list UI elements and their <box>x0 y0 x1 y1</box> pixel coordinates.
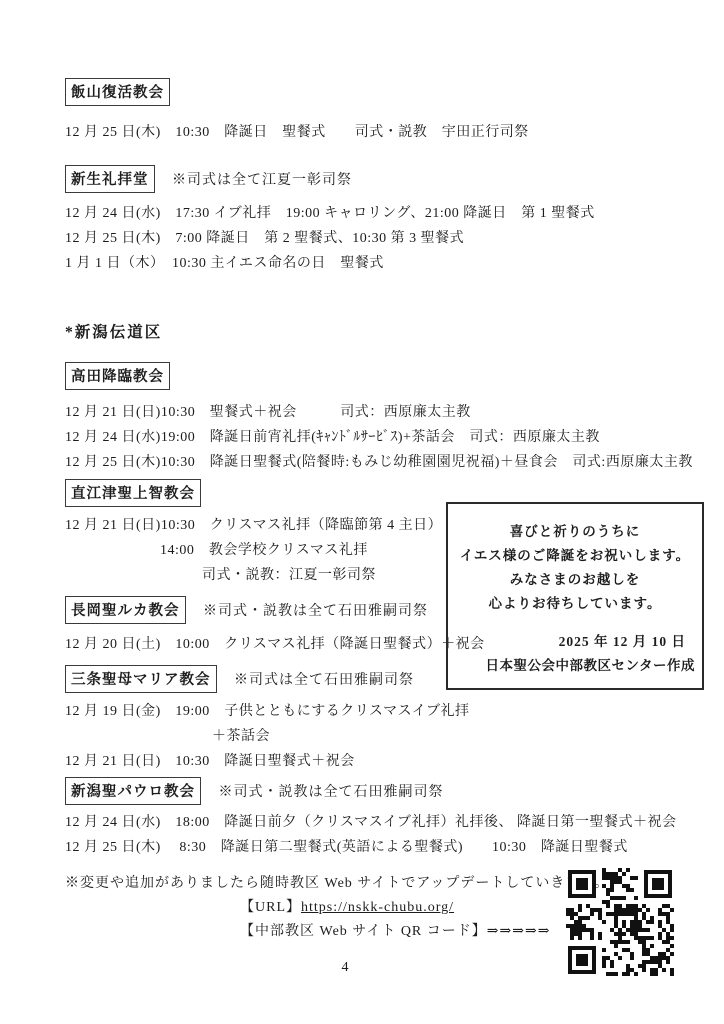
district-heading: *新潟伝道区 <box>65 320 713 342</box>
page-content: 飯山復活教会 12 月 25 日(木) 10:30 降誕日 聖餐式 司式・説教 … <box>65 0 713 976</box>
schedule-row: 12 月 24 日(水) 17:30 イブ礼拝 19:00 キャロリング、21:… <box>65 201 713 226</box>
church-name-niigata-paul: 新潟聖パウロ教会 <box>65 777 201 805</box>
schedule-row: ＋茶話会 <box>65 724 713 749</box>
section-note: ※司式・説教は全て石田雅嗣司祭 <box>219 785 444 800</box>
page-number: 4 <box>65 960 625 976</box>
document-page: 飯山復活教会 12 月 25 日(木) 10:30 降誕日 聖餐式 司式・説教 … <box>0 0 724 1024</box>
greeting-line: 心よりお待ちしています。 <box>448 592 702 616</box>
schedule-row: 12 月 24 日(水)19:00 降誕日前宵礼拝(ｷｬﾝﾄﾞﾙｻｰﾋﾞｽ)+茶… <box>65 425 713 450</box>
schedule-row: 12 月 25 日(木)10:30 降誕日聖餐式(陪餐時:もみじ幼稚園園児祝福)… <box>65 450 713 475</box>
schedule-row: 12 月 21 日(日) 10:30 降誕日聖餐式＋祝会 <box>65 749 713 774</box>
church-name-shinsei: 新生礼拝堂 <box>65 165 155 193</box>
church-name-iiyama: 飯山復活教会 <box>65 78 170 106</box>
church-name-takada: 高田降臨教会 <box>65 362 170 390</box>
website-link[interactable]: https://nskk-chubu.org/ <box>301 900 454 915</box>
schedule-row: 12 月 25 日(木) 10:30 降誕日 聖餐式 司式・説教 宇田正行司祭 <box>65 120 713 145</box>
church-name-naoetsu: 直江津聖上智教会 <box>65 479 201 507</box>
greeting-line: イエス様のご降誕をお祝いします。 <box>448 544 702 568</box>
greeting-date: 2025 年 12 月 10 日 <box>448 630 702 654</box>
section-note: ※司式は全て石田雅嗣司祭 <box>234 673 414 688</box>
schedule-row: 12 月 19 日(金) 19:00 子供とともにするクリスマスイブ礼拝 <box>65 699 713 724</box>
schedule-row: 12 月 21 日(日)10:30 聖餐式＋祝会 司式：西原廉太主教 <box>65 400 713 425</box>
schedule-row: 12 月 25 日(木) 8:30 降誕日第二聖餐式(英語による聖餐式) 10:… <box>65 835 713 860</box>
church-name-sanjo: 三条聖母マリア教会 <box>65 665 217 693</box>
church-name-nagaoka: 長岡聖ルカ教会 <box>65 596 186 624</box>
schedule-row: 12 月 25 日(木) 7:00 降誕日 第 2 聖餐式、10:30 第 3 … <box>65 226 713 251</box>
schedule-row: 12 月 24 日(水) 18:00 降誕日前夕（クリスマスイブ礼拝）礼拝後、 … <box>65 810 713 835</box>
greeting-credit: 日本聖公会中部教区センター作成 <box>448 654 702 678</box>
schedule-row: 1 月 1 日（木） 10:30 主イエス命名の日 聖餐式 <box>65 251 713 276</box>
greeting-line: 喜びと祈りのうちに <box>448 520 702 544</box>
greeting-box: 喜びと祈りのうちに イエス様のご降誕をお祝いします。 みなさまのお越しを 心より… <box>446 502 704 690</box>
section-note: ※司式は全て江夏一彰司祭 <box>172 173 352 188</box>
section-note: ※司式・説教は全て石田雅嗣司祭 <box>203 604 428 619</box>
greeting-line: みなさまのお越しを <box>448 568 702 592</box>
qr-code <box>566 868 674 976</box>
url-label: 【URL】 <box>240 900 301 915</box>
